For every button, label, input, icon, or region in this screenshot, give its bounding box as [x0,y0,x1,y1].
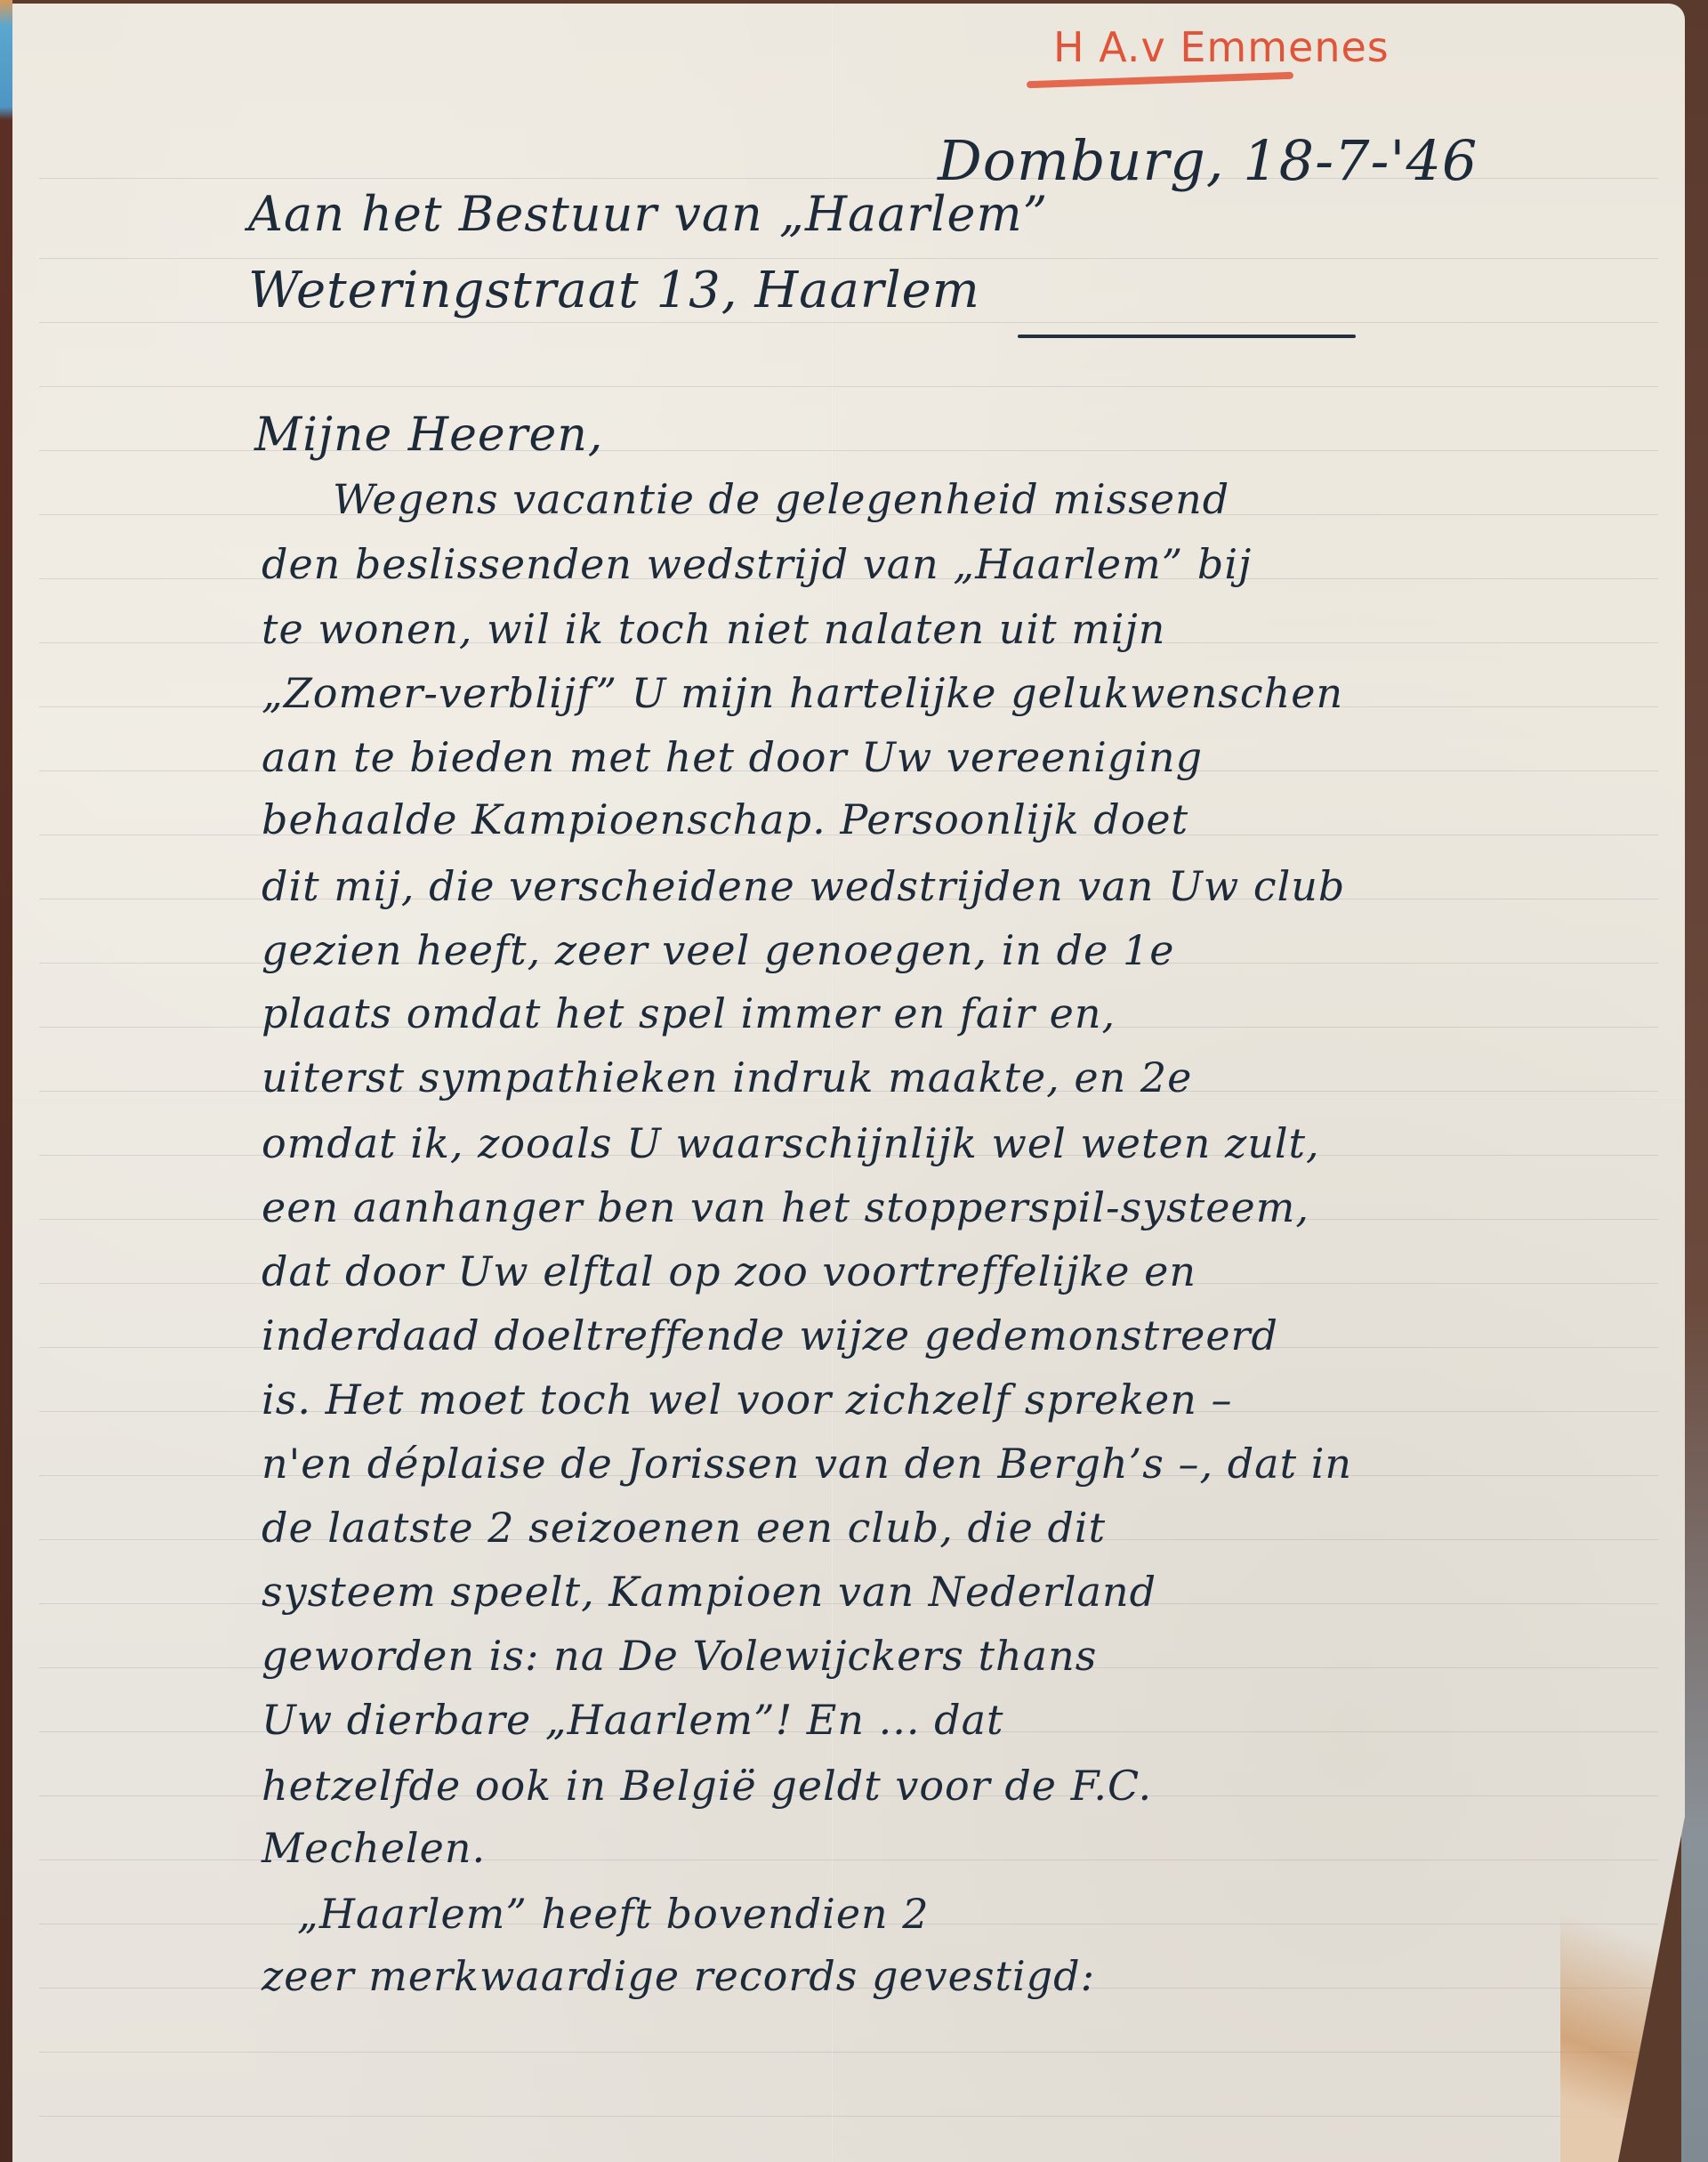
body-line: is. Het moet toch wel voor zichzelf spre… [262,1375,1233,1424]
recipient-line-2: Weteringstraat 13, Haarlem [248,262,980,319]
red-pencil-annotation: H A.v Emmenes [1053,23,1390,71]
body-line: te wonen, wil ik toch niet nalaten uit m… [262,605,1165,653]
body-line: gezien heeft, zeer veel genoegen, in de … [262,926,1174,974]
letter-date: Domburg, 18-7-'46 [938,128,1478,193]
body-line: dat door Uw elftal op zoo voortreffelijk… [262,1247,1196,1295]
recipient-line-1: Aan het Bestuur van „Haarlem” [248,186,1048,242]
body-line: de laatste 2 seizoenen een club, die dit [262,1504,1106,1552]
ruled-line [39,258,1658,259]
ruled-line [39,2052,1658,2053]
body-line: hetzelfde ook in België geldt voor de F.… [262,1762,1152,1810]
letter-paper: H A.v Emmenes Domburg, 18-7-'46 Aan het … [12,4,1685,2162]
body-line: omdat ik, zooals U waarschijnlijk wel we… [262,1119,1320,1167]
background-left-edge [0,0,12,2162]
address-underline [1018,335,1356,338]
red-pencil-underline [1027,72,1293,88]
background-right-edge [1681,0,1708,2162]
body-line: n'en déplaise de Jorissen van den Bergh’… [262,1440,1352,1488]
body-line: aan te bieden met het door Uw vereenigin… [262,733,1203,781]
ruled-line [39,322,1658,323]
body-line: behaalde Kampioenschap. Persoonlijk doet [262,795,1188,843]
body-line: „Zomer-verblijf” U mijn hartelijke geluk… [262,669,1343,717]
body-line: een aanhanger ben van het stopperspil-sy… [262,1183,1309,1231]
body-line: zeer merkwaardige records gevestigd: [262,1952,1095,2000]
body-line: den beslissenden wedstrijd van „Haarlem”… [262,540,1252,588]
ruled-line [39,2116,1658,2117]
body-line: geworden is: na De Volewijckers thans [262,1632,1097,1680]
body-line: Uw dierbare „Haarlem”! En ... dat [262,1696,1003,1744]
salutation: Mijne Heeren, [254,408,603,462]
body-line: dit mij, die verscheidene wedstrijden va… [262,862,1345,910]
body-line: plaats omdat het spel immer en fair en, [262,989,1116,1037]
ruled-line [39,386,1658,387]
body-line: Wegens vacantie de gelegenheid missend [333,475,1229,523]
body-line: uiterst sympathieken indruk maakte, en 2… [262,1053,1192,1101]
body-line: systeem speelt, Kampioen van Nederland [262,1568,1156,1616]
body-line: „Haarlem” heeft bovendien 2 [297,1890,930,1938]
body-line: Mechelen. [262,1824,486,1872]
body-line: inderdaad doeltreffende wijze gedemonstr… [262,1311,1278,1359]
